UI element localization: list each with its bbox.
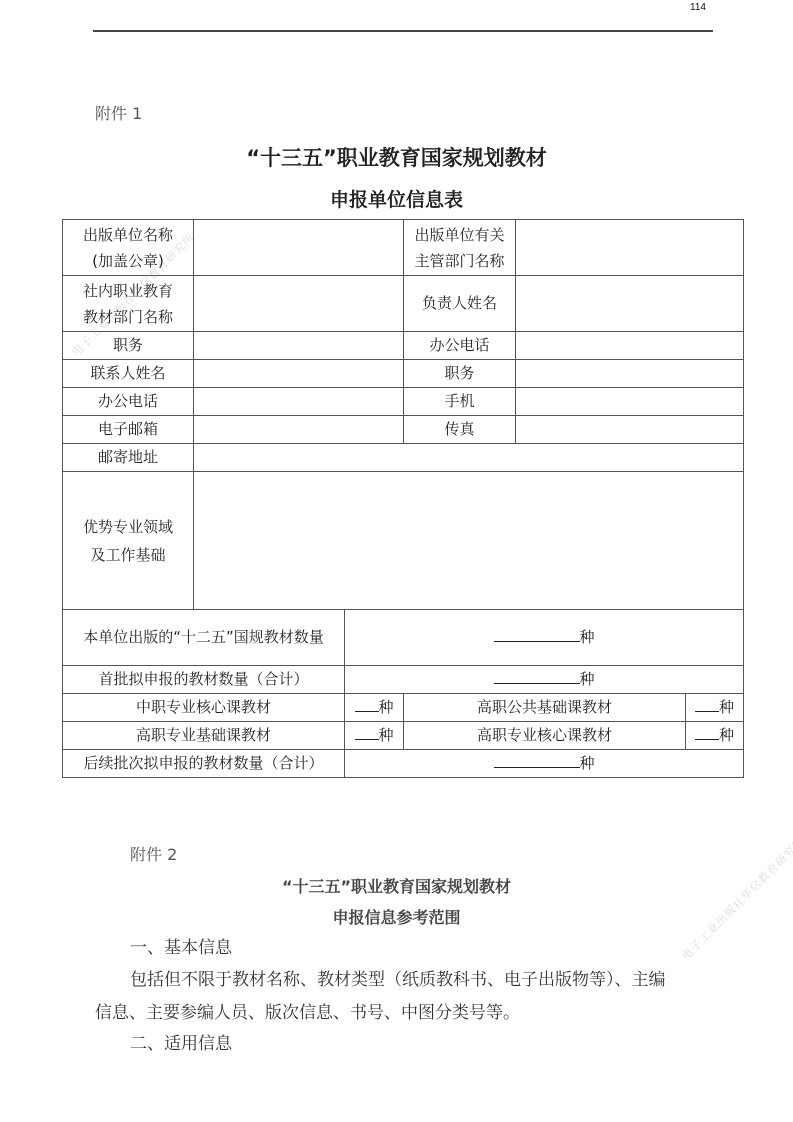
later-batch-label: 后续批次拟申报的教材数量（合计） [63,750,345,778]
first-batch-label: 首批拟申报的教材数量（合计） [63,666,345,694]
section1-body-line2: 信息、主要参编人员、版次信息、书号、中图分类号等。 [95,996,520,1030]
unit-label: 种 [379,726,394,744]
contact-office-phone-field[interactable] [194,388,404,416]
sec-voc-core-blank[interactable] [355,695,379,712]
section1-body-line1: 包括但不限于教材名称、教材类型（纸质教科书、电子出版物等）、主编 [130,963,666,997]
contact-office-phone-label: 办公电话 [63,388,194,416]
position-field[interactable] [194,332,404,360]
attachment2-title-line2: 申报信息参考范围 [0,905,793,928]
count-12th-label: 本单位出版的“十二五”国规教材数量 [63,610,345,666]
higher-prof-core-field[interactable]: 种 [686,722,744,750]
contact-position-label: 职务 [404,360,516,388]
higher-public-basic-blank[interactable] [695,695,719,712]
contact-position-field[interactable] [516,360,744,388]
unit-label: 种 [719,698,734,716]
mobile-field[interactable] [516,388,744,416]
supervisor-dept-label: 出版单位有关 主管部门名称 [404,220,516,276]
mailing-address-label: 邮寄地址 [63,444,194,472]
unit-label: 种 [379,698,394,716]
person-in-charge-field[interactable] [516,276,744,332]
contact-name-label: 联系人姓名 [63,360,194,388]
count-12th-field[interactable]: 种 [345,610,744,666]
publisher-name-field[interactable] [194,220,404,276]
strength-field[interactable] [194,472,744,610]
office-phone-field[interactable] [516,332,744,360]
first-batch-blank[interactable] [494,667,580,684]
section1-heading: 一、基本信息 [130,931,232,965]
unit-label: 种 [580,754,595,772]
page-number: 114 [690,2,706,13]
mobile-label: 手机 [404,388,516,416]
count-12th-blank[interactable] [494,625,580,642]
email-label: 电子邮箱 [63,416,194,444]
unit-label: 种 [719,726,734,744]
unit-label: 种 [580,670,595,688]
higher-prof-basic-blank[interactable] [355,723,379,740]
higher-prof-basic-field[interactable]: 种 [345,722,404,750]
higher-prof-core-blank[interactable] [695,723,719,740]
later-batch-blank[interactable] [494,751,580,768]
supervisor-dept-field[interactable] [516,220,744,276]
section2-heading: 二、适用信息 [130,1027,232,1061]
header-rule [93,30,713,32]
first-batch-field[interactable]: 种 [345,666,744,694]
attachment1-title-line2: 申报单位信息表 [0,185,793,212]
later-batch-field[interactable]: 种 [345,750,744,778]
higher-public-basic-field[interactable]: 种 [686,694,744,722]
fax-field[interactable] [516,416,744,444]
fax-label: 传真 [404,416,516,444]
attachment2-label: 附件 2 [130,842,177,865]
higher-prof-core-label: 高职专业核心课教材 [404,722,686,750]
higher-public-basic-label: 高职公共基础课教材 [404,694,686,722]
person-in-charge-label: 负责人姓名 [404,276,516,332]
contact-name-field[interactable] [194,360,404,388]
higher-prof-basic-label: 高职专业基础课教材 [63,722,345,750]
email-field[interactable] [194,416,404,444]
strength-label: 优势专业领域 及工作基础 [63,472,194,610]
applicant-info-table: 出版单位名称 (加盖公章) 出版单位有关 主管部门名称 社内职业教育 教材部门名… [62,219,744,778]
mailing-address-field[interactable] [194,444,744,472]
watermark-text-2: 电子工业出版社华信教育研究所 [678,833,793,963]
sec-voc-core-field[interactable]: 种 [345,694,404,722]
vocational-dept-field[interactable] [194,276,404,332]
sec-voc-core-label: 中职专业核心课教材 [63,694,345,722]
office-phone-label: 办公电话 [404,332,516,360]
attachment1-label: 附件 1 [95,101,142,124]
attachment2-title-line1: “十三五”职业教育国家规划教材 [0,874,793,897]
unit-label: 种 [580,628,595,646]
attachment1-title-line1: “十三五”职业教育国家规划教材 [0,142,793,172]
